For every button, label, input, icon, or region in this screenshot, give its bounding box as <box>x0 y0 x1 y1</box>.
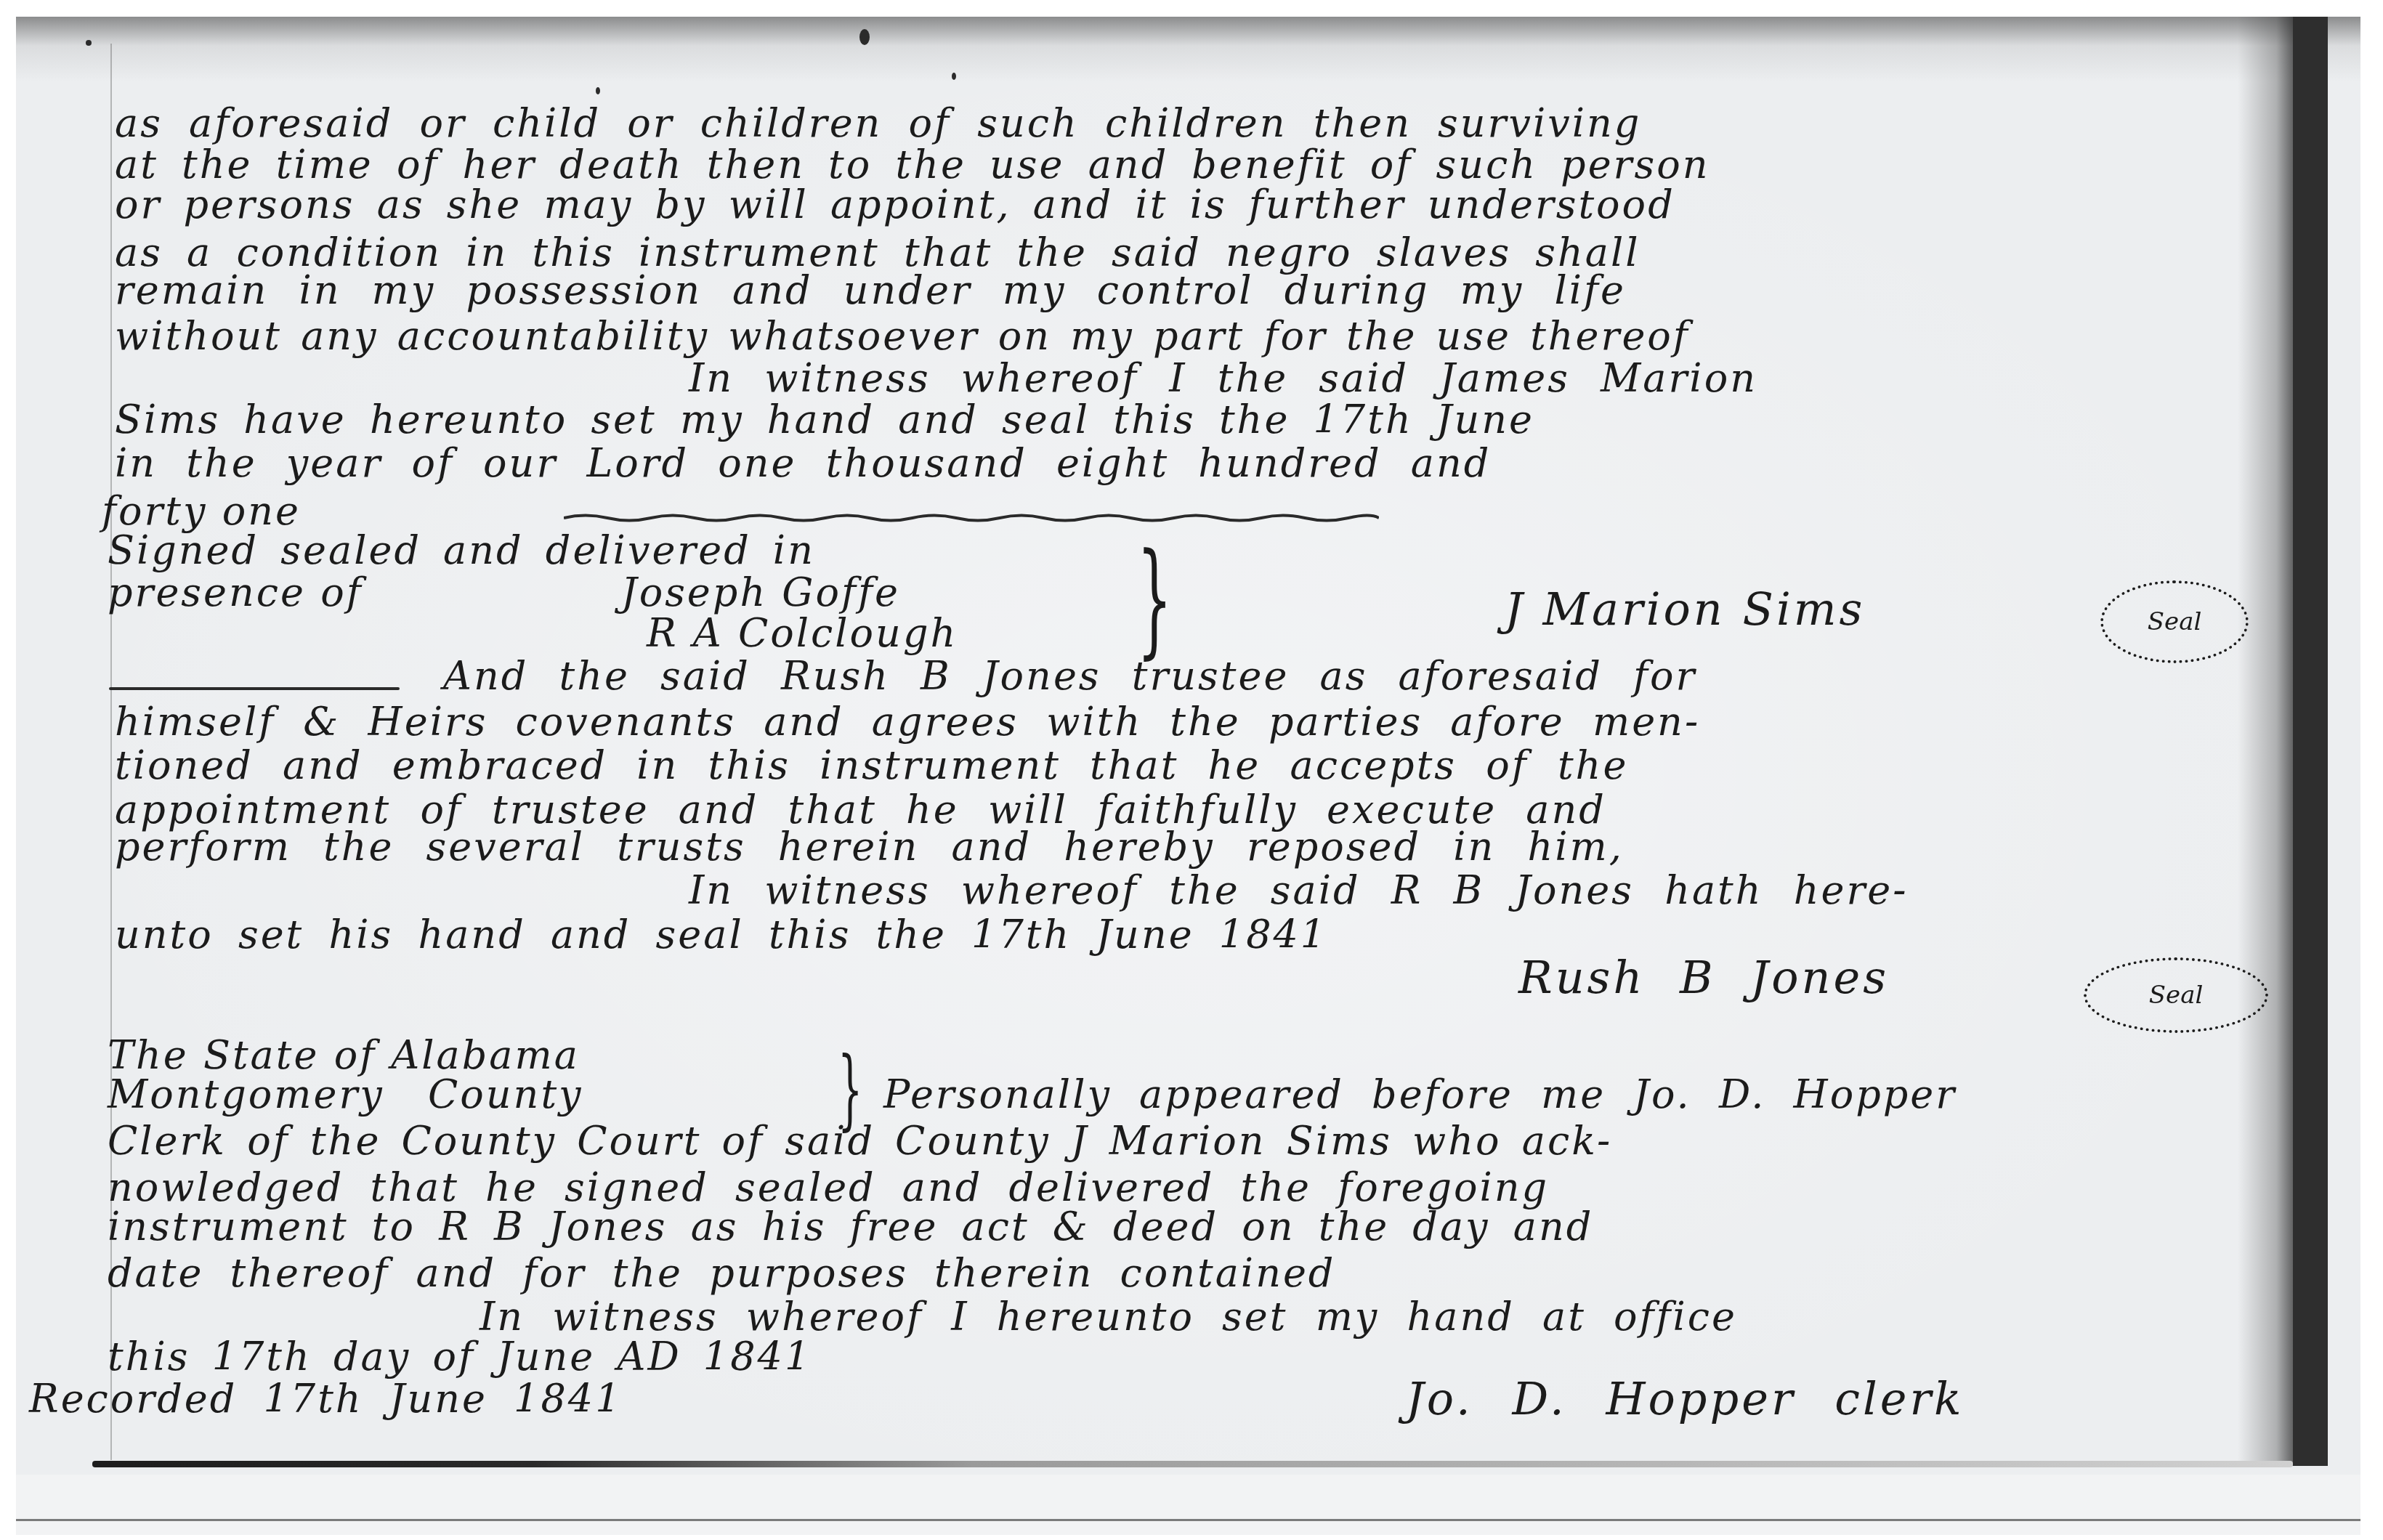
text-line: Personally appeared before me Jo. D. Hop… <box>883 1075 1957 1114</box>
text-line: date thereof and for the purposes therei… <box>108 1254 1335 1293</box>
recorded-note: Recorded 17th June 1841 <box>29 1379 623 1419</box>
text-line: nowledged that he signed sealed and deli… <box>108 1168 1549 1207</box>
text-line: forty one <box>102 492 301 531</box>
text-line: Sims have hereunto set my hand and seal … <box>115 400 1534 439</box>
text-line: this 17th day of June AD 1841 <box>108 1337 812 1377</box>
text-line: Clerk of the County Court of said County… <box>108 1122 1612 1161</box>
text-line: presence of <box>108 573 363 612</box>
ink-speck <box>952 73 956 80</box>
text-line: tioned and embraced in this instrument t… <box>115 746 1628 785</box>
trustee-signature: Rush B Jones <box>1518 955 1889 1000</box>
text-line: In witness whereof I the said James Mari… <box>689 359 1757 398</box>
text-line: perform the several trusts herein and he… <box>115 827 1624 867</box>
text-line: Montgomery County <box>108 1075 583 1114</box>
ink-speck <box>859 29 870 45</box>
text-line: And the said Rush B Jones trustee as afo… <box>443 657 1696 696</box>
text-line: instrument to R B Jones as his free act … <box>108 1207 1593 1247</box>
line-dash-filler <box>109 687 400 690</box>
ink-speck <box>86 40 92 46</box>
text-line: himself & Heirs covenants and agrees wit… <box>115 702 1700 742</box>
text-line: in the year of our Lord one thousand eig… <box>115 444 1491 483</box>
text-line: remain in my possession and under my con… <box>115 271 1626 310</box>
text-line: as a condition in this instrument that t… <box>115 233 1640 272</box>
text-line: In witness whereof the said R B Jones ha… <box>689 871 1909 910</box>
text-line: at the time of her death then to the use… <box>115 145 1710 185</box>
text-line: unto set his hand and seal this the 17th… <box>115 915 1327 955</box>
text-line: without any accountability whatsoever on… <box>115 317 1690 356</box>
scan-bottom-edge-line <box>16 1519 2360 1521</box>
ink-speck <box>596 87 600 94</box>
grantor-seal: Seal <box>2100 580 2249 663</box>
text-line: The State of Alabama <box>108 1036 580 1075</box>
text-line: In witness whereof I hereunto set my han… <box>480 1297 1737 1337</box>
page-edge-shadow <box>2238 17 2293 1466</box>
witness-name: Joseph Goffe <box>621 573 900 612</box>
witness-name: R A Colclough <box>647 614 958 653</box>
trustee-seal: Seal <box>2084 957 2268 1033</box>
scan-border-bar <box>2293 17 2328 1466</box>
wavy-line-filler <box>564 513 1379 523</box>
text-line: as aforesaid or child or children of suc… <box>115 104 1641 143</box>
text-line: Signed sealed and delivered in <box>108 531 815 570</box>
clerk-signature: Jo. D. Hopper clerk <box>1406 1377 1965 1422</box>
closing-rule <box>92 1461 2293 1467</box>
grantor-signature: J Marion Sims <box>1505 587 1865 632</box>
witness-brace: } <box>1137 538 1173 661</box>
page-bottom-margin <box>16 1475 2360 1535</box>
text-line: or persons as she may by will appoint, a… <box>115 185 1675 224</box>
